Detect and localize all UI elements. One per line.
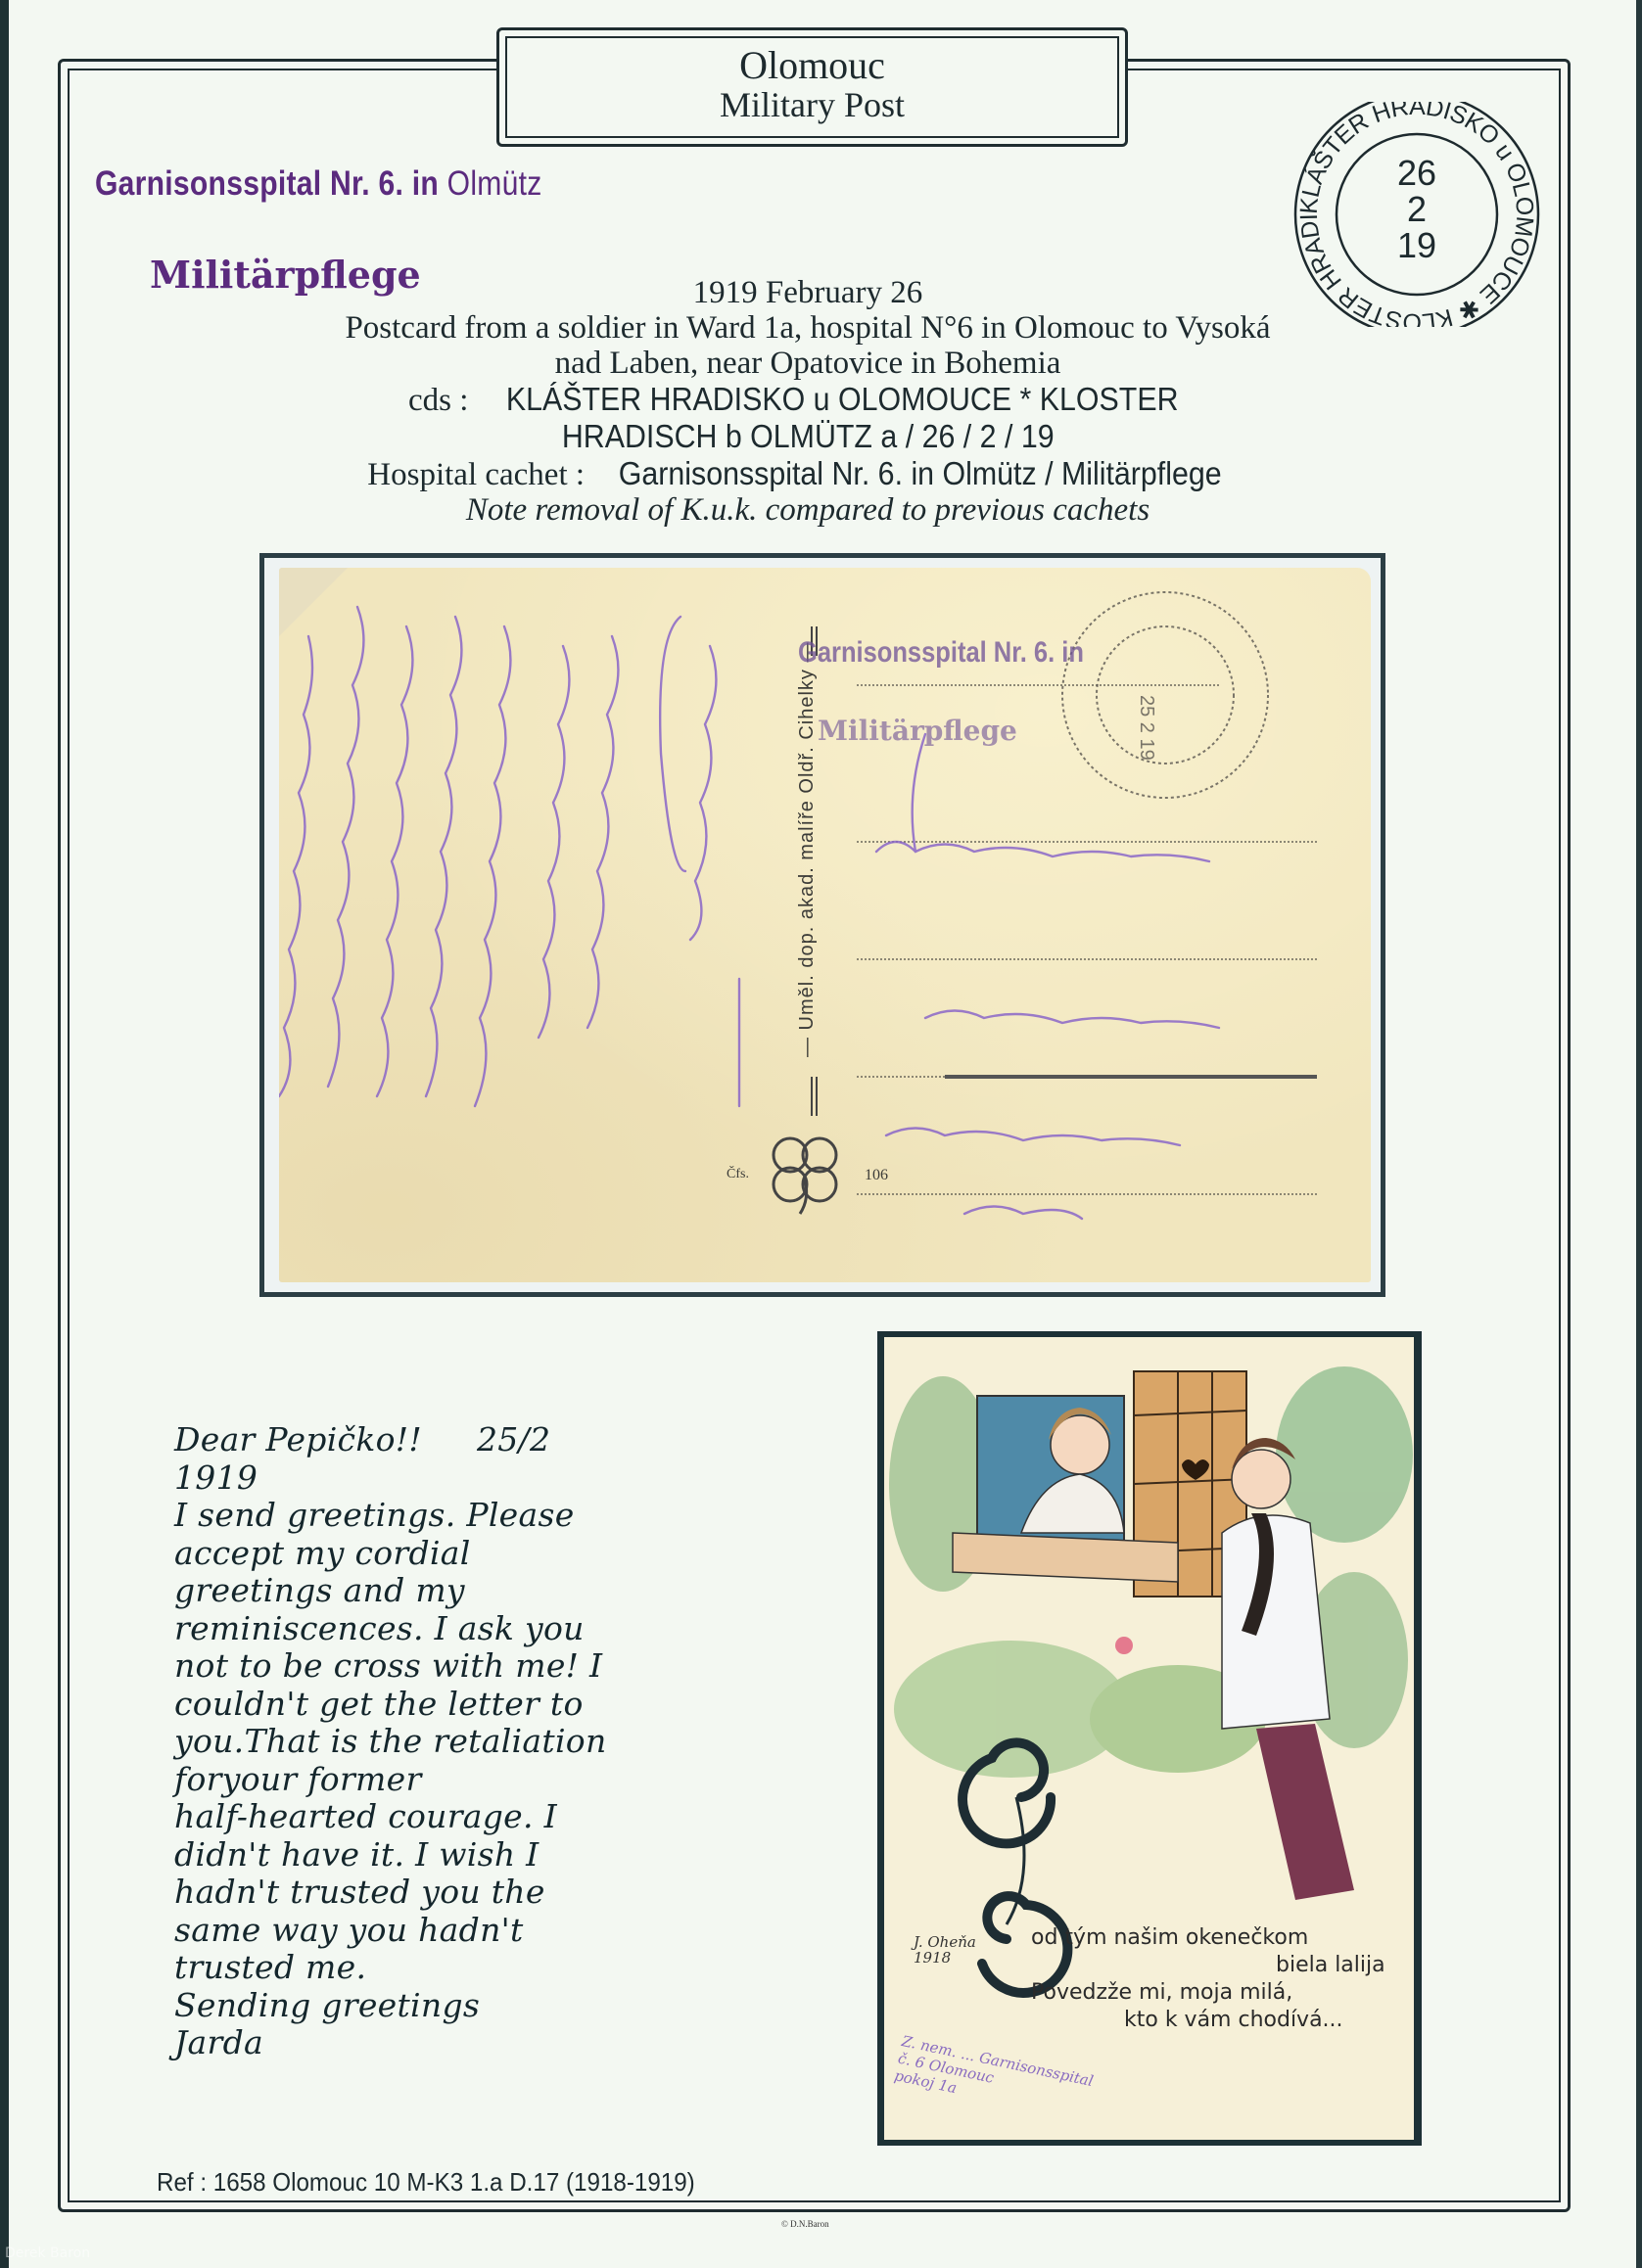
transcription-line: not to be cross with me! I [174,1647,683,1686]
transcription-line-0: Dear Pepičko!!25/2 [174,1421,683,1459]
scan-edge-right [1636,0,1642,2268]
picture-postcard-image: J. Oheňa 1918 od tým našim okenečkom bie… [884,1337,1414,2140]
cds-value-2: HRADISCH b OLMÜTZ a / 26 / 2 / 19 [562,419,1055,454]
transcription-line: couldn't get the letter to [174,1686,683,1724]
transcription-line: you.That is the retaliation [174,1723,683,1761]
description-cds-line1: cds : KLÁŠTER HRADISKO u OLOMOUCE * KLOS… [157,382,1459,419]
artist-signature: J. Oheňa 1918 [914,1934,976,1966]
svg-text:19: 19 [1397,225,1436,265]
transcription-line: I send greetings. Please [174,1497,683,1535]
transcription-line: half-hearted courage. I [174,1798,683,1836]
poem-line: biela lalija [1276,1952,1385,1979]
poem-line: kto k vám chodívá... [1124,2007,1385,2034]
svg-text:25 2 19: 25 2 19 [1136,695,1157,761]
transcription-date: 25/2 [477,1420,550,1458]
cachet-value: Garnisonsspital Nr. 6. in Olmütz / Milit… [619,456,1222,491]
cds-label: cds : [408,383,477,418]
card-cachet-militarpflege: Militärpflege [818,715,1017,747]
svg-text:2: 2 [1407,189,1427,229]
transcription-line: accept my cordial [174,1535,683,1573]
transcription-line: reminiscences. I ask you [174,1610,683,1648]
cachet-thin-text: Olmütz [447,164,542,203]
transcription-line: foryour former [174,1761,683,1799]
hospital-cachet-line1: Garnisonsspital Nr. 6. in Olmütz [95,164,542,204]
poem-line: Povedzže mi, moja milá, [1031,1979,1385,2007]
cds-value-1: KLÁŠTER HRADISKO u OLOMOUCE * KLOSTER [506,382,1179,417]
transcription-line: Sending greetings [174,1987,683,2025]
scan-edge-left [0,0,9,2268]
page-title: Olomouc [507,46,1117,85]
transcription-line: hadn't trusted you the [174,1874,683,1912]
transcription-line: same way you hadn't [174,1912,683,1950]
poem-line: od tým našim okenečkom [1031,1924,1385,1952]
transcription-line: trusted me. [174,1949,683,1987]
publisher-mark: Čfs. [727,1167,749,1182]
reference-text: Ref : 1658 Olomouc 10 M-K3 1.a D.17 (191… [157,2167,695,2198]
poem-text: od tým našim okenečkom biela lalija Pove… [1031,1924,1385,2034]
description-line1: Postcard from a soldier in Ward 1a, hosp… [157,311,1459,347]
description-note: Note removal of K.u.k. compared to previ… [157,493,1459,529]
card-hospital-cachet: Garnisonsspital Nr. 6. in [798,636,1084,670]
copyright-text: © D.N.Baron [781,2219,829,2229]
svg-text:26: 26 [1397,153,1436,193]
transcription-line: greetings and my [174,1572,683,1610]
printer-imprint: — Uměl. dop. akad. malíře Oldř. Cihelky … [796,642,819,1057]
transcription-line: 1919 [174,1459,683,1498]
cachet-label: Hospital cachet : [367,457,592,492]
description-line2: nad Laben, near Opatovice in Bohemia [157,347,1459,382]
series-number: 106 [865,1167,888,1184]
postcard-back-image: 25 2 19 — Uměl. dop. akad. malíře Oldř. … [279,568,1371,1282]
letter-transcription: Dear Pepičko!!25/2 1919 I send greetings… [174,1421,683,2062]
transcription-line: Jarda [174,2024,683,2062]
description-date: 1919 February 26 [157,276,1459,311]
watermark-text: Derek Baron [5,2245,90,2261]
title-box-inner: Olomouc Military Post [505,36,1119,138]
page-subtitle: Military Post [507,87,1117,122]
cachet-bold-text: Garnisonsspital Nr. 6. in [95,164,439,203]
description-block: 1919 February 26 Postcard from a soldier… [157,276,1459,529]
description-cds-line2: HRADISCH b OLMÜTZ a / 26 / 2 / 19 [157,419,1459,456]
transcription-line: didn't have it. I wish I [174,1836,683,1875]
description-cachet: Hospital cachet : Garnisonsspital Nr. 6.… [157,456,1459,493]
